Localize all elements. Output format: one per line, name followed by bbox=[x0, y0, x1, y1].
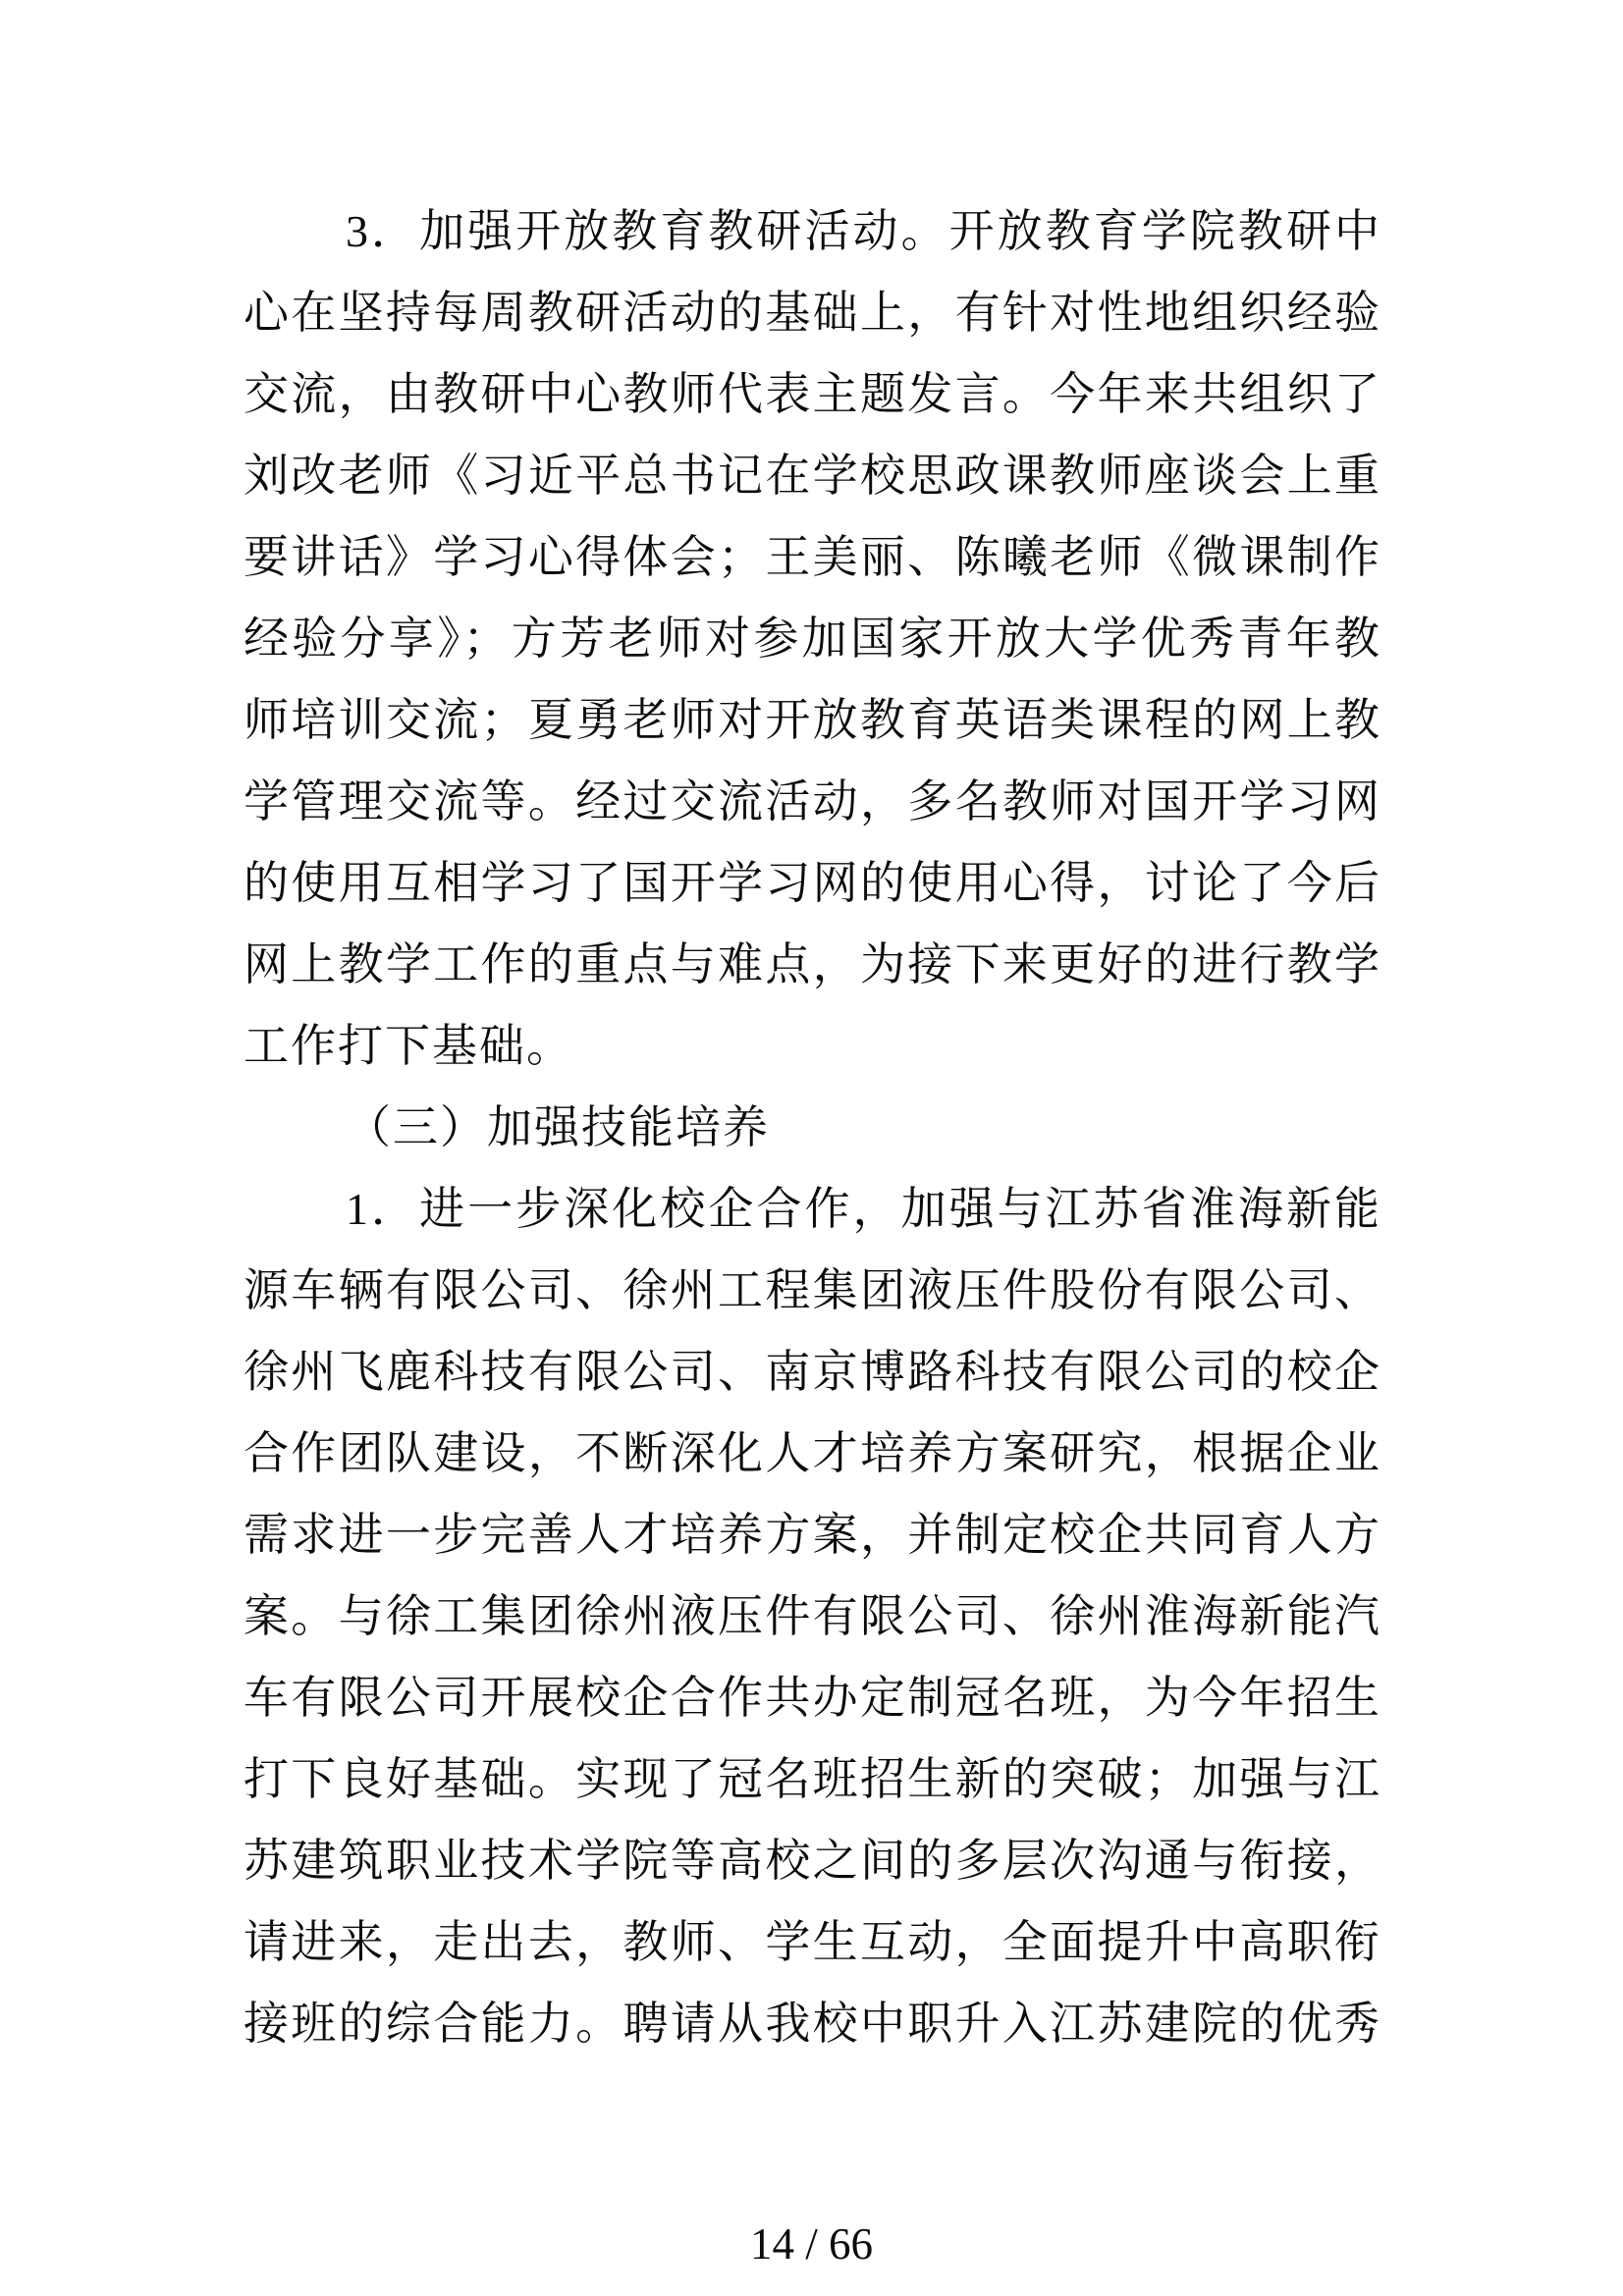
heading-line: （三）加强技能培养 bbox=[243, 1087, 1380, 1168]
text-line: 心在坚持每周教研活动的基础上，有针对性地组织经验 bbox=[243, 272, 1380, 353]
paragraph: 3．加强开放教育教研活动。开放教育学院教研中 心在坚持每周教研活动的基础上，有针… bbox=[243, 190, 1380, 1087]
document-page: 3．加强开放教育教研活动。开放教育学院教研中 心在坚持每周教研活动的基础上，有针… bbox=[0, 0, 1623, 2296]
document-body: 3．加强开放教育教研活动。开放教育学院教研中 心在坚持每周教研活动的基础上，有针… bbox=[243, 190, 1380, 2064]
text-line: 经验分享》；方芳老师对参加国家开放大学优秀青年教 bbox=[243, 598, 1380, 679]
text-line: 接班的综合能力。聘请从我校中职升入江苏建院的优秀 bbox=[243, 1983, 1380, 2064]
text-line: 网上教学工作的重点与难点，为接下来更好的进行教学 bbox=[243, 924, 1380, 1005]
page-number: 14 / 66 bbox=[750, 2219, 873, 2269]
text-line: 学管理交流等。经过交流活动，多名教师对国开学习网 bbox=[243, 761, 1380, 842]
paragraph: 1．进一步深化校企合作，加强与江苏省淮海新能 源车辆有限公司、徐州工程集团液压件… bbox=[243, 1168, 1380, 2064]
section-heading: （三）加强技能培养 bbox=[243, 1087, 1380, 1168]
text-line: 苏建筑职业技术学院等高校之间的多层次沟通与衔接， bbox=[243, 1820, 1380, 1901]
text-line: 源车辆有限公司、徐州工程集团液压件股份有限公司、 bbox=[243, 1250, 1380, 1331]
text-line: 师培训交流；夏勇老师对开放教育英语类课程的网上教 bbox=[243, 679, 1380, 761]
text-line: 请进来，走出去，教师、学生互动，全面提升中高职衔 bbox=[243, 1901, 1380, 1983]
text-line: 打下良好基础。实现了冠名班招生新的突破；加强与江 bbox=[243, 1738, 1380, 1820]
text-line: 的使用互相学习了国开学习网的使用心得，讨论了今后 bbox=[243, 842, 1380, 924]
text-line: 要讲话》学习心得体会；王美丽、陈曦老师《微课制作 bbox=[243, 516, 1380, 598]
text-line: 工作打下基础。 bbox=[243, 1005, 1380, 1087]
text-line: 案。与徐工集团徐州液压件有限公司、徐州淮海新能汽 bbox=[243, 1575, 1380, 1657]
text-line: 3．加强开放教育教研活动。开放教育学院教研中 bbox=[243, 190, 1380, 272]
page-footer: 14 / 66 bbox=[0, 2220, 1623, 2269]
text-line: 交流，由教研中心教师代表主题发言。今年来共组织了 bbox=[243, 353, 1380, 435]
text-line: 1．进一步深化校企合作，加强与江苏省淮海新能 bbox=[243, 1168, 1380, 1250]
text-line: 需求进一步完善人才培养方案，并制定校企共同育人方 bbox=[243, 1494, 1380, 1575]
text-line: 合作团队建设，不断深化人才培养方案研究，根据企业 bbox=[243, 1413, 1380, 1494]
text-line: 徐州飞鹿科技有限公司、南京博路科技有限公司的校企 bbox=[243, 1331, 1380, 1413]
text-line: 刘改老师《习近平总书记在学校思政课教师座谈会上重 bbox=[243, 435, 1380, 516]
text-line: 车有限公司开展校企合作共办定制冠名班，为今年招生 bbox=[243, 1657, 1380, 1738]
